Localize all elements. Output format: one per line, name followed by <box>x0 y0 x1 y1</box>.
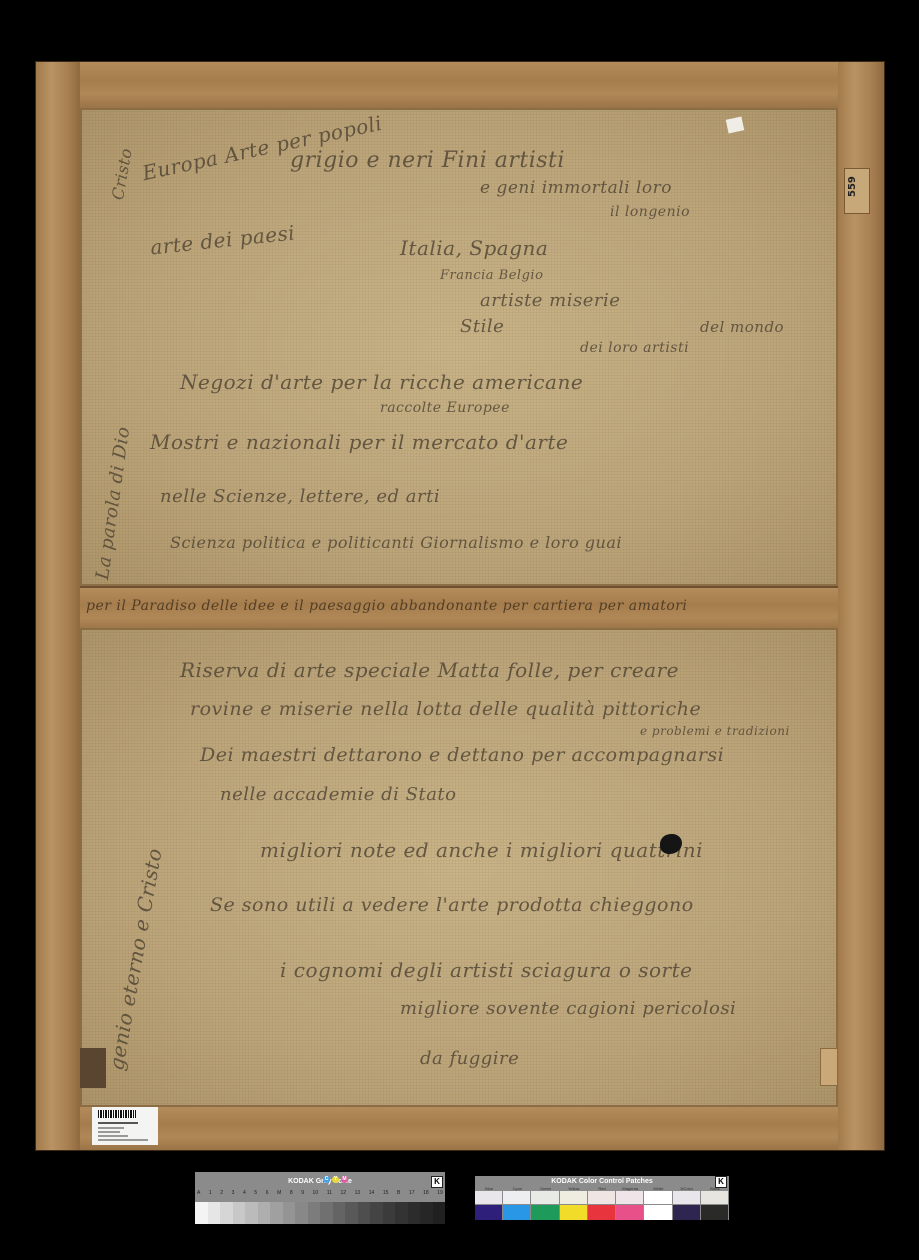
color-patch <box>644 1191 671 1204</box>
barcode <box>98 1110 136 1118</box>
handwriting-line: del mondo <box>700 318 784 336</box>
stretcher-cross-bar: per il Paradiso delle idee e il paesaggi… <box>80 586 838 632</box>
stretcher-left-bar <box>36 62 80 1150</box>
inventory-tag: 559 <box>844 168 870 214</box>
handwriting-line: nelle Scienze, lettere, ed arti <box>160 486 440 507</box>
gray-step <box>270 1202 283 1224</box>
handwriting-vertical: genio eterno e Cristo <box>104 846 167 1072</box>
handwriting-line: Negozi d'arte per la ricche americane <box>180 370 583 394</box>
gray-scale-title: KODAK Gray Scale <box>195 1178 445 1185</box>
yellow-dot: Y <box>332 1176 339 1183</box>
color-patch <box>475 1205 502 1220</box>
color-patch <box>531 1205 558 1220</box>
handwriting-line: i cognomi degli artisti sciagura o sorte <box>280 958 692 982</box>
kodak-logo-icon: K <box>431 1176 443 1188</box>
handwriting-line: Riserva di arte speciale Matta folle, pe… <box>180 658 679 682</box>
color-patch-light-row <box>475 1191 729 1204</box>
gray-step <box>258 1202 271 1224</box>
handwriting-line: rovine e miserie nella lotta delle quali… <box>190 698 701 720</box>
gray-step <box>208 1202 221 1224</box>
gray-tick: 17 <box>409 1190 415 1196</box>
gray-tick: 2 <box>220 1190 223 1196</box>
gray-step <box>358 1202 371 1224</box>
gray-step <box>408 1202 421 1224</box>
handwriting-line: artiste miserie <box>480 290 620 311</box>
cym-dots: C Y M <box>323 1176 348 1183</box>
handwriting-line: Italia, Spagna <box>400 236 548 260</box>
gray-step <box>283 1202 296 1224</box>
kodak-gray-scale: KODAK Gray Scale C Y M K A123456M8910111… <box>195 1172 445 1224</box>
gray-tick: B <box>397 1190 400 1196</box>
gray-tick: 6 <box>266 1190 269 1196</box>
handwriting-line: raccolte Europee <box>380 400 510 416</box>
handwriting-line: arte dei paesi <box>149 220 296 259</box>
gray-step <box>320 1202 333 1224</box>
gray-tick: 4 <box>243 1190 246 1196</box>
gray-tick: 19 <box>437 1190 443 1196</box>
gray-tick: 8 <box>290 1190 293 1196</box>
gray-step <box>308 1202 321 1224</box>
color-patch <box>531 1191 558 1204</box>
color-patch <box>475 1191 502 1204</box>
handwriting-line: Se sono utili a vedere l'arte prodotta c… <box>210 894 694 916</box>
painting-back: grigio e neri Fini artisti e geni immort… <box>36 62 884 1150</box>
color-patch <box>673 1191 700 1204</box>
handwriting-line: e problemi e tradizioni <box>640 724 790 738</box>
gray-tick: 15 <box>383 1190 389 1196</box>
handwriting-line: e geni immortali loro <box>480 178 672 198</box>
gray-scale-steps <box>195 1202 445 1224</box>
gray-tick: 14 <box>369 1190 375 1196</box>
handwriting-vertical: Cristo <box>108 147 136 202</box>
color-patch <box>560 1205 587 1220</box>
stretcher-top-bar <box>36 62 884 108</box>
color-patch <box>503 1191 530 1204</box>
color-patch <box>616 1205 643 1220</box>
gray-tick: M <box>277 1190 281 1196</box>
corner-key <box>820 1048 838 1086</box>
handwriting-line: dei loro artisti <box>580 340 689 356</box>
color-patch <box>560 1191 587 1204</box>
handwriting-vertical: La parola di Dio <box>92 425 134 581</box>
cyan-dot: C <box>323 1176 330 1183</box>
color-patch <box>588 1191 615 1204</box>
color-patch <box>588 1205 615 1220</box>
color-patch-dark-row <box>475 1205 729 1220</box>
color-patch <box>701 1205 728 1220</box>
handwriting-line: Stile <box>460 316 504 337</box>
gray-tick: 12 <box>340 1190 346 1196</box>
handwriting-line: grigio e neri Fini artisti <box>290 148 565 173</box>
handwriting-line: da fuggire <box>420 1048 519 1069</box>
color-patch <box>503 1205 530 1220</box>
gray-step <box>383 1202 396 1224</box>
handwriting-line: migliori note ed anche i migliori quattr… <box>260 838 703 862</box>
gray-tick: 5 <box>254 1190 257 1196</box>
gray-tick: 1 <box>209 1190 212 1196</box>
gray-tick: 11 <box>327 1190 332 1196</box>
gray-step <box>245 1202 258 1224</box>
gray-step <box>345 1202 358 1224</box>
handwriting-line: Francia Belgio <box>440 268 543 283</box>
gray-tick: 9 <box>301 1190 304 1196</box>
gray-step <box>333 1202 346 1224</box>
handwriting-line: il longenio <box>610 204 690 220</box>
paper-scrap <box>726 116 745 133</box>
handwriting-line: Scienza politica e politicanti Giornalis… <box>170 533 622 552</box>
color-patch <box>673 1205 700 1220</box>
handwriting-crossbar: per il Paradiso delle idee e il paesaggi… <box>86 598 687 614</box>
canvas-top-panel: grigio e neri Fini artisti e geni immort… <box>80 108 838 586</box>
gray-step <box>433 1202 446 1224</box>
corner-key <box>80 1048 106 1088</box>
color-patch <box>701 1191 728 1204</box>
gray-step <box>195 1202 208 1224</box>
gray-scale-ticks: A123456M89101112131415B171819 <box>197 1190 443 1196</box>
kodak-color-patches: KODAK Color Control Patches K BlueCyanGr… <box>475 1176 729 1220</box>
gray-tick: 13 <box>355 1190 361 1196</box>
gray-tick: 3 <box>232 1190 235 1196</box>
color-patches-title: KODAK Color Control Patches <box>475 1178 729 1185</box>
gray-step <box>220 1202 233 1224</box>
gray-step <box>295 1202 308 1224</box>
handwriting-line: nelle accademie di Stato <box>220 784 457 805</box>
canvas-bottom-panel: Riserva di arte speciale Matta folle, pe… <box>80 628 838 1107</box>
gray-tick: A <box>197 1190 200 1196</box>
magenta-dot: M <box>341 1176 348 1183</box>
stretcher-bottom-bar <box>36 1107 884 1150</box>
color-patch <box>616 1191 643 1204</box>
gray-step <box>420 1202 433 1224</box>
museum-label <box>92 1107 158 1145</box>
color-patch <box>644 1205 671 1220</box>
handwriting-line: Dei maestri dettarono e dettano per acco… <box>200 744 724 766</box>
gray-tick: 10 <box>313 1190 319 1196</box>
gray-step <box>370 1202 383 1224</box>
gray-tick: 18 <box>423 1190 429 1196</box>
stretcher-right-bar <box>838 62 884 1150</box>
gray-step <box>395 1202 408 1224</box>
handwriting-line: migliore sovente cagioni pericolosi <box>400 998 736 1019</box>
gray-step <box>233 1202 246 1224</box>
handwriting-line: Mostri e nazionali per il mercato d'arte <box>150 430 568 454</box>
